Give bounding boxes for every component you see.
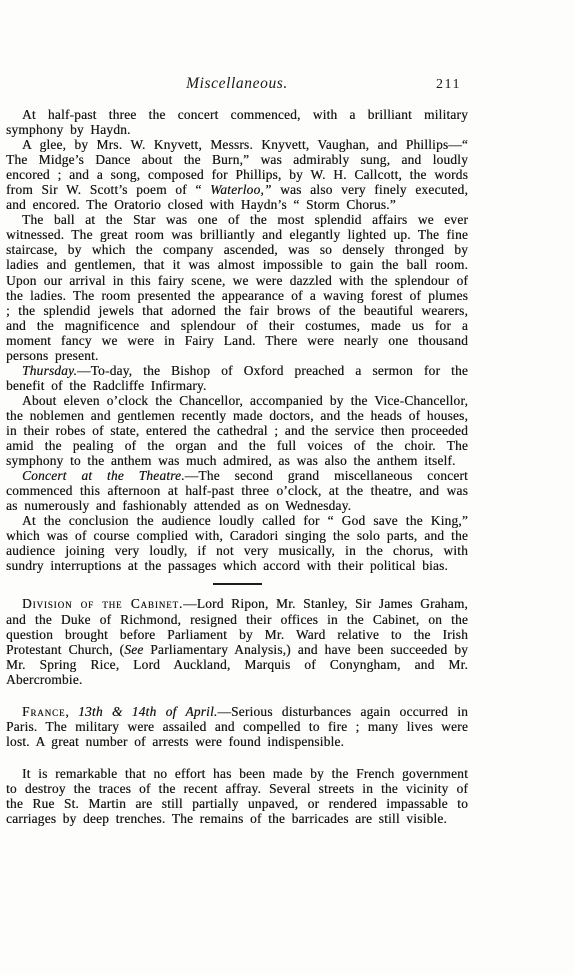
section-divider-rule: [213, 583, 262, 585]
text-segment-italic: Waterloo,”: [210, 182, 271, 197]
text-segment-smallcaps: France: [22, 704, 65, 719]
text-segment-italic: 13th & 14th of April.: [78, 704, 217, 719]
running-title: Miscellaneous.: [6, 75, 468, 93]
text-segment-roman: It is remarkable that no effort has been…: [6, 766, 468, 826]
section-news-items: Division of the Cabinet.—Lord Ripon, Mr.…: [6, 596, 468, 826]
paragraph: At half-past three the concert commenced…: [6, 107, 468, 137]
text-segment-roman: About eleven o’clock the Chancellor, acc…: [6, 393, 468, 468]
paragraph: It is remarkable that no effort has been…: [6, 766, 468, 826]
paragraph: At the conclusion the audience loudly ca…: [6, 513, 468, 573]
paragraph: Concert at the Theatre.—The second grand…: [6, 468, 468, 513]
text-segment-italic: Thursday.: [22, 363, 77, 378]
section-miscellaneous-reports: At half-past three the concert commenced…: [6, 107, 468, 573]
paragraph: Division of the Cabinet.—Lord Ripon, Mr.…: [6, 596, 468, 686]
text-segment-italic: See: [124, 642, 143, 657]
page-number: 211: [436, 77, 461, 93]
scanned-document-page: Miscellaneous. 211 At half-past three th…: [0, 0, 574, 975]
paragraph: Thursday.—To-day, the Bishop of Oxford p…: [6, 363, 468, 393]
paragraph: The ball at the Star was one of the most…: [6, 212, 468, 362]
paragraph: About eleven o’clock the Chancellor, acc…: [6, 393, 468, 468]
paragraph: A glee, by Mrs. W. Knyvett, Messrs. Knyv…: [6, 137, 468, 212]
paragraph: France, 13th & 14th of April.—Serious di…: [6, 704, 468, 749]
text-segment-smallcaps: Division of the Cabinet.: [22, 596, 183, 611]
text-segment-roman: At half-past three the concert commenced…: [6, 107, 468, 137]
text-segment-roman: At the conclusion the audience loudly ca…: [6, 513, 468, 573]
text-segment-roman: ,: [65, 704, 78, 719]
text-segment-italic: Concert at the Theatre.: [22, 468, 185, 483]
text-segment-roman: The ball at the Star was one of the most…: [6, 212, 468, 362]
text-column: At half-past three the concert commenced…: [6, 107, 468, 826]
